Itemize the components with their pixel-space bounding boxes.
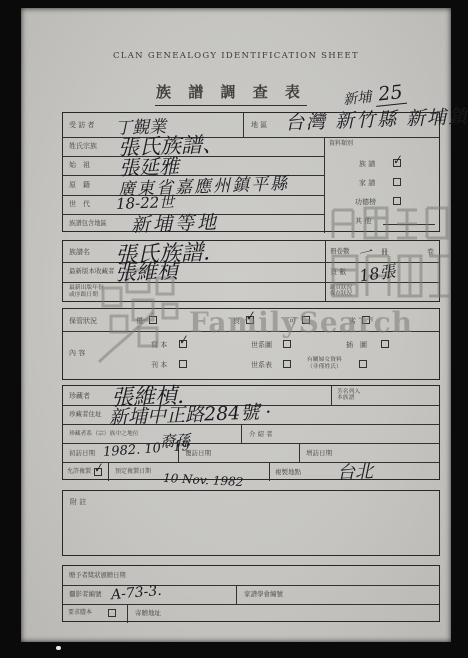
- contents-pedigree-chart: 世系圖: [251, 341, 272, 349]
- introducer-label: 介 紹 者: [249, 431, 273, 438]
- contents-pedigree-table: 世系表: [251, 361, 272, 369]
- row-divider: [63, 462, 439, 463]
- latest-holder-value: 張維楨: [114, 255, 178, 287]
- notes-label: 附 註: [70, 498, 86, 506]
- copy-permission-label: 允許複製: [67, 469, 91, 476]
- areas-covered-label: 族譜包含地區: [69, 220, 107, 227]
- material-option-family-record: 家 譜: [359, 179, 375, 187]
- copy-place-value: 台北: [337, 457, 374, 484]
- owner-address-label: 珍藏者住址: [69, 411, 102, 418]
- copy-date-label: 預定複製日期: [115, 469, 151, 476]
- condition-good-checkmark: ✓: [244, 309, 257, 323]
- volumes-unit-ce: 冊: [381, 248, 388, 256]
- copy-date-value: 10 Nov. 1982: [163, 471, 244, 489]
- row-divider: [63, 331, 439, 332]
- condition-excellent-checkbox: [149, 316, 157, 324]
- corner-annotation-number: 25: [374, 81, 406, 107]
- missing-pages-label: 缺頁狀況 保存狀況: [330, 285, 352, 298]
- preservation-label-line2: 保存狀況: [330, 291, 352, 297]
- society-id-label: 家譜學會編號: [244, 591, 283, 598]
- owner-name-note-line1: 芳名列入: [337, 389, 360, 395]
- material-merit-board-checkbox: [393, 197, 401, 205]
- publication-year-label-line1: 最新出版年份: [69, 285, 104, 291]
- row-divider: [63, 604, 439, 605]
- col-divider: [241, 424, 242, 443]
- owner-box: 珍藏者 張維楨. 芳名列入 本族譜 珍藏者住址 新埔中正路284號 · 珍藏者系…: [62, 385, 440, 480]
- additional-visit-label: 增訪日期: [306, 450, 332, 457]
- survey-info-box: 受 訪 者 丁覲業 地 區 台灣 新竹縣 新埔鎮 姓氏宗族 張氏族譜、 始 祖 …: [62, 112, 440, 232]
- mailing-address-label: 寄贈地址: [135, 610, 161, 617]
- volumes-unit-juan: 卷: [427, 248, 434, 256]
- page-title: 族 譜 調 查 表: [155, 84, 307, 106]
- owner-name-note: 芳名列入 本族譜: [337, 389, 360, 402]
- condition-contents-box: 保管狀況 優 良 ✓ 可 劣 內 容 寫 本 ✓ 世系圖 插 圖 刊 本 世系表…: [62, 308, 440, 380]
- col-divider: [243, 113, 244, 137]
- col-divider: [331, 386, 332, 405]
- latest-holder-label: 最新版本收藏者: [69, 268, 115, 275]
- material-option-merit-board: 功德榜: [355, 198, 376, 206]
- condition-fair-checkbox: [302, 316, 310, 324]
- contents-printed-checkbox: [179, 360, 187, 368]
- form-paper: CLAN GENEALOGY IDENTIFICATION SHEET 族 譜 …: [21, 8, 451, 642]
- genealogy-title-label: 族譜名: [69, 248, 90, 256]
- first-visit-label: 初訪日期: [69, 450, 95, 457]
- copy-place-label: 複製地點: [275, 469, 301, 476]
- material-other-blank: [383, 217, 435, 225]
- contents-illustrations-checkbox: [381, 340, 389, 348]
- transcript-request-label: 要求謄本: [68, 610, 92, 617]
- pages-label: 頁 數: [330, 268, 346, 276]
- contents-manuscript: 寫 本: [151, 341, 167, 349]
- publication-year-label: 最新出版年份 或序跋日期: [69, 285, 104, 298]
- first-ancestor-label: 始 祖: [69, 161, 90, 169]
- condition-poor-checkbox: [362, 316, 370, 324]
- contents-women-data-checkbox: [359, 360, 367, 368]
- publication-year-label-line2: 或序跋日期: [69, 292, 98, 298]
- owner-name-note-line2: 本族譜: [337, 395, 354, 401]
- region-label: 地 區: [251, 121, 267, 129]
- condition-fair: 可: [289, 317, 296, 325]
- contents-label: 內 容: [69, 349, 85, 357]
- condition-label: 保管狀況: [69, 317, 97, 325]
- col-divider: [325, 241, 326, 301]
- notes-box: 附 註: [62, 490, 440, 556]
- col-divider: [127, 604, 128, 623]
- film-speck: [56, 646, 61, 650]
- contents-women-data-line1: 有關婦女資料: [307, 357, 342, 363]
- contents-women-data-line2: （非僅姓氏）: [307, 364, 342, 370]
- contents-illustrations: 插 圖: [346, 341, 367, 349]
- material-family-record-checkbox: [393, 178, 401, 186]
- col-divider: [324, 137, 325, 233]
- material-option-other: 其 他: [355, 217, 371, 225]
- transcript-request-checkbox: [108, 609, 116, 617]
- contents-printed: 刊 本: [151, 361, 167, 369]
- material-option-genealogy: 族 譜: [359, 160, 375, 168]
- contents-manuscript-checkmark: ✓: [177, 333, 190, 347]
- photographer-id-value: A-73-3.: [110, 583, 162, 603]
- areas-covered-value: 新埔等地: [131, 207, 220, 237]
- condition-poor: 劣: [349, 317, 356, 325]
- contents-pedigree-table-checkbox: [283, 360, 291, 368]
- contents-pedigree-chart-checkbox: [283, 340, 291, 348]
- col-divider: [299, 443, 300, 462]
- contents-women-data: 有關婦女資料 （非僅姓氏）: [307, 357, 342, 370]
- clan-surname-label: 姓氏宗族: [69, 142, 97, 150]
- photographer-id-label: 攝影者編號: [69, 591, 102, 598]
- owner-address-value: 新埔中正路284號 ·: [109, 397, 272, 430]
- copy-permission-checkmark: ✓: [92, 461, 105, 475]
- english-title: CLAN GENEALOGY IDENTIFICATION SHEET: [21, 52, 451, 62]
- condition-excellent: 優: [136, 317, 143, 325]
- generations-label: 世 代: [69, 200, 90, 208]
- material-type-label: 資料類別: [329, 141, 353, 148]
- col-divider: [269, 462, 270, 481]
- region-value: 台灣 新竹縣 新埔鎮: [285, 102, 468, 135]
- volumes-label: 冊卷數: [330, 248, 350, 255]
- scanned-document: CLAN GENEALOGY IDENTIFICATION SHEET 族 譜 …: [0, 0, 468, 658]
- origin-label: 原 籍: [69, 181, 90, 189]
- donor-award-label: 贈予者獎狀頒贈日期: [69, 572, 126, 579]
- admin-box: 贈予者獎狀頒贈日期 攝影者編號 A-73-3. 家譜學會編號 要求謄本 寄贈地址: [62, 565, 440, 622]
- owner-label: 珍藏者: [69, 392, 90, 400]
- material-genealogy-checkmark: ✓: [391, 153, 404, 167]
- edition-box: 族譜名 張氏族譜. 冊卷數 一 冊 卷 最新版本收藏者 張維楨 頁 數 18張 …: [62, 240, 440, 302]
- interviewee-label: 受 訪 者: [69, 121, 94, 129]
- condition-good: 良: [233, 317, 240, 325]
- col-divider: [236, 585, 237, 604]
- col-divider: [108, 462, 109, 481]
- owner-position-label: 珍藏者系（宗）族中之地位: [69, 431, 139, 438]
